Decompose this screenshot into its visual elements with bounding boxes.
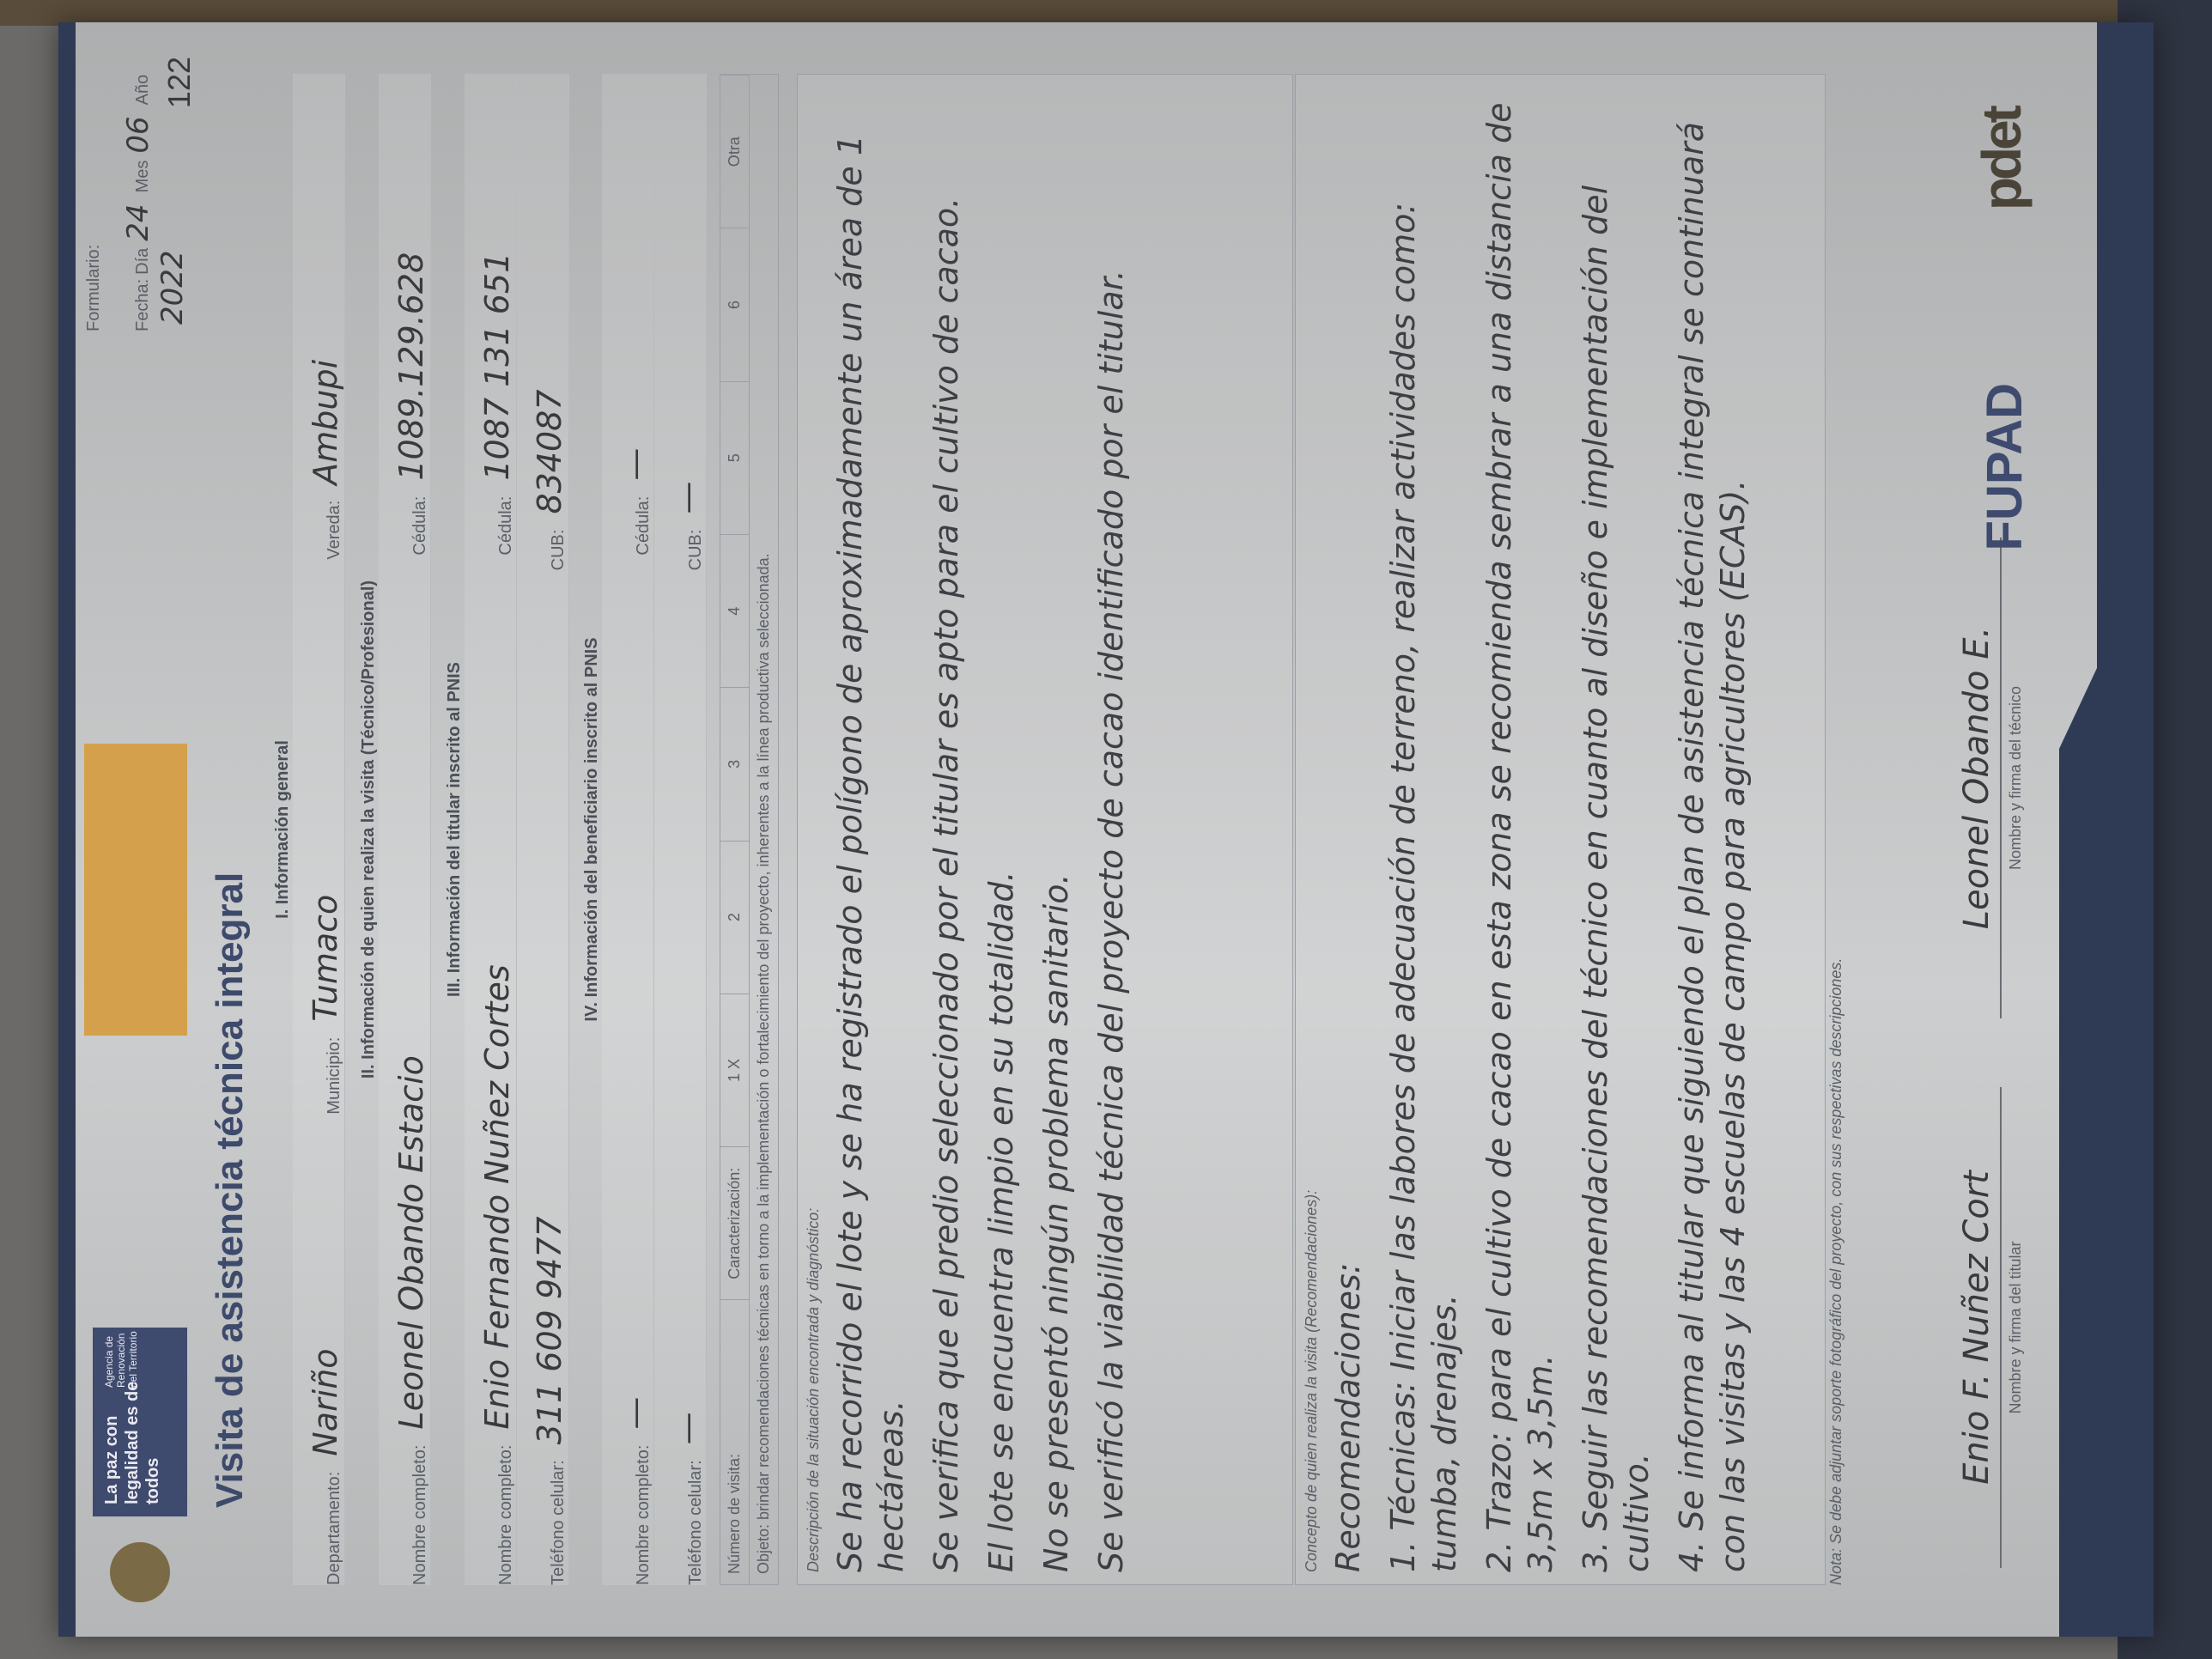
visita-option[interactable]: 3 [720,687,749,840]
tecnico-signature: Leonel Obando E. Nombre y firma del técn… [1957,538,2025,1018]
concepto-paragraph: 2. Trazo: para el cultivo de cacao en es… [1479,87,1561,1572]
header-band [58,22,76,1637]
titular-nombre-field[interactable]: Enio Fernando Nuñez Cortes [478,571,516,1430]
form-code[interactable]: 122 [161,57,197,108]
vereda-field[interactable]: Ambupi [307,360,344,485]
visita-option[interactable]: 1 X [720,994,749,1146]
descripcion-paragraph: Se ha recorrido el lote y se ha registra… [829,87,912,1572]
descripcion-paragraph: Se verifica que el predio seleccionado p… [926,87,967,1572]
coat-of-arms-icon [110,1542,170,1602]
visita-option[interactable]: 4 [720,534,749,687]
descripcion-paragraph: No se presentó ningún problema sanitario… [1036,87,1077,1572]
tecnico-cedula-field[interactable]: 1089.129.628 [392,252,430,481]
visita-option[interactable]: 2 [720,841,749,994]
concepto-paragraph: 1. Técnicas: Iniciar las labores de adec… [1382,87,1465,1572]
beneficiario-cub-field[interactable]: — [668,482,706,514]
gov-logo: La paz con legalidad es de todos Agencia… [93,1328,187,1516]
descripcion-box[interactable]: Descripción de la situación encontrada y… [797,74,1293,1585]
visita-section: Número de visita: Caracterización: 1 X 2… [720,74,779,1585]
departamento-field[interactable]: Nariño [307,1130,344,1456]
tecnico-nombre-field[interactable]: Leonel Obando Estacio [392,571,430,1430]
fupad-logo: FUPAD [1976,383,2033,550]
fecha-mes[interactable]: 06 [121,116,155,153]
section-beneficiario: IV. Información del beneficiario inscrit… [582,74,707,1585]
descripcion-paragraph: El lote se encuentra limpio en su totali… [981,87,1022,1572]
titular-signature: Enio F. Nuñez Cort Nombre y firma del ti… [1957,1087,2025,1568]
concepto-box[interactable]: Concepto de quien realiza la visita (Rec… [1295,74,1826,1585]
visita-option[interactable]: 5 [720,381,749,534]
agency-logo [84,744,187,1036]
pdet-logo: pdet [1970,108,2033,210]
titular-cub-field[interactable]: 834087 [531,389,568,513]
titular-telefono-field[interactable]: 311 609 9477 [531,586,568,1444]
beneficiario-nombre-field[interactable]: — [616,571,653,1430]
concepto-paragraph: Recomendaciones: [1328,87,1369,1572]
form-header: La paz con legalidad es de todos Agencia… [58,22,204,1637]
descripcion-paragraph: Se verificó la viabilidad técnica del pr… [1091,87,1132,1572]
section-general: I. Información general Departamento: Nar… [273,74,345,1585]
fecha-dia[interactable]: 24 [121,204,155,240]
concepto-paragraph: 4. Se informa al titular que siguiendo e… [1671,87,1753,1572]
concepto-paragraph: 3. Seguir las recomendaciones del técnic… [1575,87,1657,1572]
municipio-field[interactable]: Tumaco [307,575,344,1022]
photo-note: Nota: Se debe adjuntar soporte fotográfi… [1827,74,1845,1585]
beneficiario-telefono-field[interactable]: — [668,586,706,1444]
beneficiario-cedula-field[interactable]: — [616,448,653,481]
visita-option[interactable]: 6 [720,228,749,380]
form-paper: La paz con legalidad es de todos Agencia… [58,22,2154,1637]
visita-option[interactable]: Otra [720,75,749,228]
footer-band-blue [2059,22,2154,1637]
titular-cedula-field[interactable]: 1087 131 651 [478,252,516,481]
page-title: Visita de asistencia técnica integral [209,872,252,1508]
section-titular: III. Información del titular inscrito al… [445,74,569,1585]
visita-number-row: Número de visita: Caracterización: 1 X 2… [720,74,750,1585]
objeto-text: Objeto: brindar recomendaciones técnicas… [750,74,779,1585]
section-tecnico: II. Información de quien realiza la visi… [359,74,431,1585]
fecha-ano[interactable]: 2022 [155,250,190,325]
